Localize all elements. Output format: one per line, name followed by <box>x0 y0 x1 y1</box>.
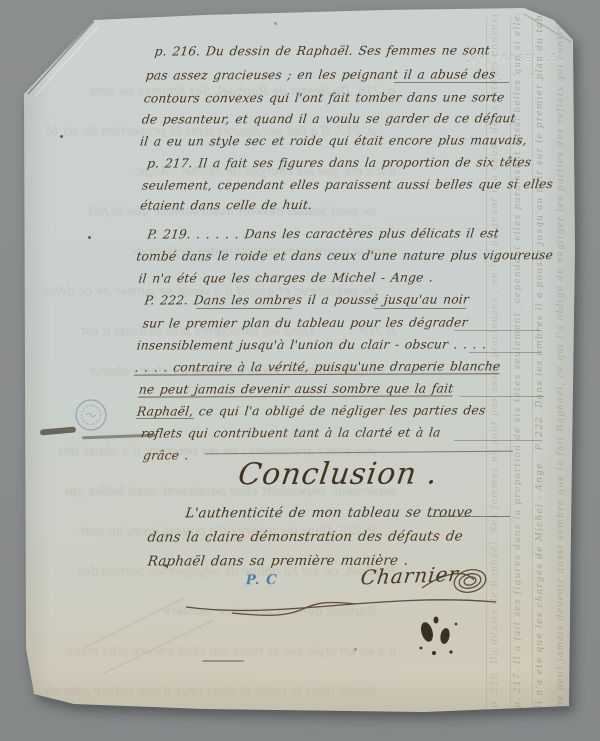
manuscript-line: p. 216. Du dessin de Raphaël. Ses femmes… <box>154 43 491 58</box>
manuscript-line: L'authenticité de mon tableau se trouve <box>185 504 474 521</box>
margin-rule-4 <box>454 440 542 441</box>
manuscript-line: . . . . contraire à la vérité, puisqu'un… <box>134 359 501 374</box>
manuscript-line: seulement, cependant elles paraissent au… <box>141 177 553 192</box>
manuscript-line: ne peut jamais devenir aussi sombre que … <box>138 381 454 396</box>
manuscript-line: P. 222. Dans les ombres il a poussé jusq… <box>144 292 470 307</box>
manuscript-line: contours convexes qui l'ont fait tomber … <box>143 90 505 105</box>
manuscript-line: il a eu un style sec et roide qui était … <box>139 133 527 148</box>
manuscript-line: tombé dans le roide et dans ceux d'une n… <box>136 248 554 263</box>
manuscript-line: dans la claire démonstration des défauts… <box>147 528 464 545</box>
conclusion-heading: Conclusion . <box>236 457 440 493</box>
paper-speck <box>164 564 167 567</box>
margin-rule-1 <box>454 330 540 331</box>
flourish-rule-abuse <box>394 82 509 83</box>
flourish-rule-noir <box>374 308 466 309</box>
paper-speck <box>354 648 357 651</box>
manuscript-line: sur le premier plan du tableau pour les … <box>142 315 469 330</box>
margin-rule-2 <box>469 352 541 353</box>
pc-mark: P. C <box>246 572 278 588</box>
manuscript-line: Raphaël, ce qui l'a obligé de négliger l… <box>136 403 486 418</box>
manuscript-line: grâce . <box>142 448 189 462</box>
manuscript-line: de pesanteur, et quand il a voulu se gar… <box>141 111 516 126</box>
flourish-rule-ombres <box>196 308 292 309</box>
manuscript-line: étaient dans celle de huit. <box>139 198 312 213</box>
paper-speck <box>274 22 277 25</box>
flourish-rule-conclusion1 <box>428 516 510 517</box>
paper-speck <box>88 236 91 239</box>
photo-background: LVY MARSEILLE A L Y A p. 216. Du dessin … <box>0 0 600 741</box>
manuscript-line: P. 219. . . . . . Dans les caractères pl… <box>147 226 500 241</box>
manuscript-line: p. 217. Il a fait ses figures dans la pr… <box>146 155 532 170</box>
manuscript-page: LVY MARSEILLE A L Y A p. 216. Du dessin … <box>24 8 576 714</box>
manuscript-line: Raphaël dans sa première manière . <box>147 553 410 570</box>
margin-rule-3 <box>460 396 544 397</box>
paper-speck <box>60 135 63 138</box>
manuscript-line: reflets qui contribuent tant à la clarté… <box>140 426 441 441</box>
manuscript-body: Conclusion . P. C Charnier p. 216. Du de… <box>23 7 577 715</box>
flourish-rule-raphael <box>136 418 194 419</box>
manuscript-line: il n'a été que les charges de Michel - A… <box>138 271 434 286</box>
manuscript-line: pas assez gracieuses ; en les peignant i… <box>145 67 496 82</box>
pencil-dash <box>202 660 244 662</box>
manuscript-line: insensiblement jusqu'à l'union du clair … <box>136 337 487 352</box>
